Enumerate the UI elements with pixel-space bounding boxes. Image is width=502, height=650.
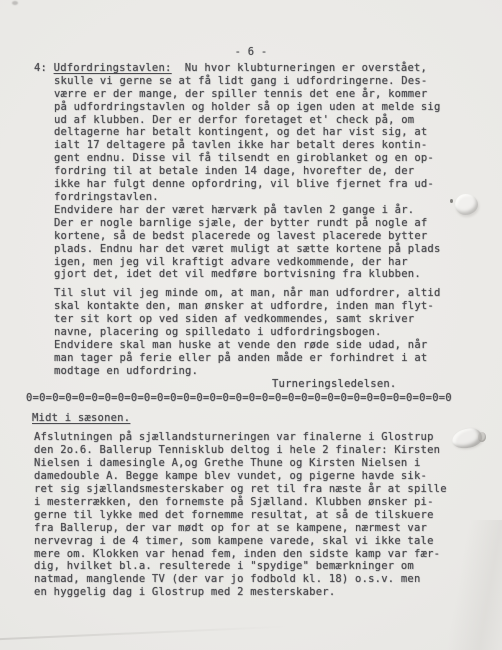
midt-heading: Midt i sæsonen. bbox=[32, 412, 502, 425]
paragraph-til-slut: Til slut vil jeg minde om, at man, når m… bbox=[54, 287, 502, 377]
section-udfordringstavlen: 4: Udfordringstavlen: Nu hvor klubturner… bbox=[0, 62, 502, 391]
paper-stain bbox=[478, 432, 486, 442]
paper-crease bbox=[0, 625, 290, 640]
page-number: - 6 - bbox=[0, 46, 502, 59]
section-midt-i-saesonen: Midt i sæsonen. Afslutningen på sjælland… bbox=[0, 412, 502, 599]
item-number: 4: bbox=[34, 62, 54, 74]
separator-line: 0=0=0=0=0=0=0=0=0=0=0=0=0=0=0=0=0=0=0=0=… bbox=[26, 392, 502, 405]
scan-streak bbox=[432, 520, 502, 650]
paragraph-udfordringer: skulle vi gerne se at få lidt gang i udf… bbox=[54, 75, 502, 282]
section-heading: Udfordringstavlen: bbox=[54, 62, 172, 74]
paper-speck bbox=[450, 199, 453, 203]
section-heading-line: 4: Udfordringstavlen: Nu hvor klubturner… bbox=[34, 62, 502, 75]
scanned-page: - 6 - 4: Udfordringstavlen: Nu hvor klub… bbox=[0, 0, 502, 650]
heading-line-rest: Nu hvor klubturneringen er overstået, bbox=[172, 62, 428, 74]
paper-speck bbox=[12, 1, 18, 5]
signature-turneringsledelsen: Turneringsledelsen. bbox=[272, 378, 502, 391]
